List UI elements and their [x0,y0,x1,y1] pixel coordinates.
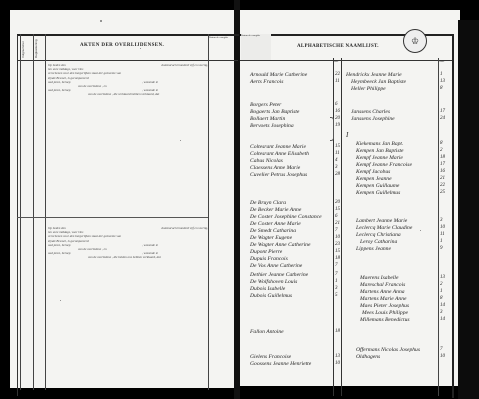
index-entry: Goossens Jeanne Henriette [250,361,311,367]
index-number: 6 [335,102,338,108]
index-entry: Lippens Jeanne [356,246,391,252]
index-entry: Kempf Jeanne Marie [356,155,403,161]
index-number: 10 [335,235,340,241]
index-entry: Fallon Antoine [250,329,284,335]
right-col-rule [438,58,439,396]
index-entry: Coltesrant Jeanne Marie [250,144,306,150]
scan-speck [100,20,102,22]
index-entry: Dethier Jeanne Catherine [250,272,308,278]
index-entry: Cabus Nicolas [250,158,283,164]
index-entry: Bervoets Josephina [250,123,294,129]
index-number: 8 [440,296,443,302]
index-entry: Oldhagens [356,354,380,360]
index-number: 10 [440,225,445,231]
index-entry: Dubois Guillelmus [250,293,292,299]
index-number: 16 [440,169,445,175]
index-number: 19 [335,123,340,129]
index-number: 22 [440,183,445,189]
index-number: 7 [335,263,338,269]
index-entry: Millemans Benedictus [360,317,410,323]
index-entry: De Wagter Eugene [250,235,292,241]
index-number: 1 [335,279,338,285]
index-number: 15 [335,207,340,213]
document-scan: Volgnummer Dagteekening AKTEN DER OVERLI… [0,0,479,399]
right-page-title: ALPHABETISCHE NAAMLIJST. [297,44,379,49]
index-entry: Borgers Peter [250,102,281,108]
record-separator [17,217,208,218]
index-entry: Leclercq Marie Claudine [356,225,412,231]
index-entry: Kempen Guillaume [356,183,399,189]
index-number: 2 [440,282,443,288]
left-col-rule [45,34,46,390]
right-col-rule [341,58,342,396]
scan-speck [60,300,61,301]
index-entry: De Becker Marie Anne [250,207,301,213]
index-entry: Mareschal Francois [360,282,405,288]
index-entry: Aerts Francois [250,79,283,85]
index-number: 3 [440,310,443,316]
index-entry: De Bruyn Clara [250,200,286,206]
index-entry: Leroy Catharina [360,239,397,245]
left-page-title: AKTEN DER OVERLIJDENSEN. [80,43,190,48]
index-number: 5 [335,293,338,299]
death-record-form-2: Op heden denduizend acht honderd vijf en… [48,226,208,260]
index-entry: Kempf Jacobus [356,169,390,175]
right-col-rule [333,58,334,396]
index-number: 20 [335,200,340,206]
index-number: 24 [440,116,445,122]
index-number: 10 [335,361,340,367]
letter-mark: I [346,131,348,139]
index-entry: Heymbeeck Jan Baptiste [351,79,406,85]
index-entry: De Wolfshoven Louis [250,279,297,285]
crown-seal-icon: ♔ [403,29,427,53]
index-number: 16 [335,109,340,115]
index-number: 3 [335,286,338,292]
index-entry: Kempen Guillelmus [356,190,400,196]
index-number: 4 [335,158,338,164]
index-number: 15 [335,144,340,150]
index-entry: De Coster Josephine Constance [250,214,322,220]
index-entry: Heller Philippe [351,86,386,92]
index-entry: Kempen Jeanne [356,176,392,182]
index-entry: Mees Louis Philippe [362,310,408,316]
index-number: 11 [335,151,340,157]
index-number: 21 [335,221,340,227]
form-line: van de overledene , die verklaard hebben… [88,92,159,96]
index-number: 25 [440,190,445,196]
index-entry: Arnould Marie Catherine [250,72,307,78]
index-number: 18 [335,329,340,335]
index-entry: Martens Marie Anne [360,296,407,302]
index-entry: Bogaerts Jan Baptiste [250,109,299,115]
index-entry: Kempf Jeanne Francoise [356,162,412,168]
index-number: 1 [440,72,443,78]
index-number: 7 [335,228,338,234]
index-entry: Kempen Jan Baptiste [356,148,404,154]
index-entry: Offermans Nicolas Josephus [356,347,420,353]
left-col-rule [33,34,34,390]
scan-speck [180,140,181,141]
index-entry: Leclercq Christiana [356,232,401,238]
index-number: 8 [440,86,443,92]
index-number: 18 [440,155,445,161]
index-entry: Claessens Anne Marie [250,165,300,171]
column-header-number: Volgnummer [22,38,32,58]
index-entry: Dupuis Francois [250,256,288,262]
index-entry: De Smedt Catharina [250,228,296,234]
index-entry: Lambert Jeanne Marie [356,218,407,224]
number-header: Num. [439,60,445,63]
left-col-rule [208,34,209,390]
index-entry: De Wagter Anne Catherine [250,242,310,248]
left-header-rule [17,60,238,61]
index-number: 14 [440,317,445,323]
column-header-date: Dagteekening [35,38,45,58]
index-number: 7 [440,347,443,353]
index-number: 11 [335,79,340,85]
right-header-rule [240,60,452,61]
index-entry: Dupont Pierre [250,249,282,255]
bracket-mark [330,117,334,141]
number-header: Num. [333,60,339,63]
index-number: 7 [335,272,338,278]
scan-speck [140,48,141,49]
index-number: 11 [440,232,445,238]
scan-speck [420,230,421,231]
index-number: 15 [335,249,340,255]
index-number: 3 [335,165,338,171]
index-number: 22 [335,72,340,78]
index-entry: De Coster Anne Marie [250,221,301,227]
index-entry: Gielens Francoise [250,354,291,360]
index-number: 8 [440,141,443,147]
index-number: 20 [335,116,340,122]
index-number: 2 [440,148,443,154]
scan-edge [458,20,479,399]
index-entry: Martens Anne Anna [360,289,405,295]
index-number: 13 [440,79,445,85]
index-entry: Cuvelier Petrus Josephus [250,172,307,178]
index-number: 10 [440,354,445,360]
left-col-rule [20,34,21,390]
index-number: 17 [440,162,445,168]
index-entry: Maes Pieter Josephus [360,303,409,309]
index-number: 1 [440,239,443,245]
index-number: 21 [440,176,445,182]
index-entry: Janssens Josephine [351,116,395,122]
index-number: 23 [335,242,340,248]
index-entry: Janssens Charles [351,109,390,115]
index-number: 13 [335,354,340,360]
index-number: 13 [440,275,445,281]
index-entry: De Vos Anne Catherine [250,263,302,269]
index-entry: Maerens Isabelle [360,275,398,281]
form-line: van de overledene , die beiden ons hebbe… [88,255,161,259]
index-number: 18 [335,256,340,262]
index-entry: Dubois Isabelle [250,286,285,292]
index-entry: Bollaert Martin [250,116,285,122]
index-entry: Coltesrant Anne Elisabeth [250,151,309,157]
index-entry: Kiekemans Jan Bapt. [356,141,403,147]
right-side-column-header: Datum der aangifte [241,34,271,60]
index-number: 17 [440,109,445,115]
index-entry: Hendrickx Jeanne Marie [346,72,402,78]
index-number: 14 [440,303,445,309]
death-record-form-1: Op heden denduizend acht honderd vijf en… [48,63,208,97]
index-number: 6 [335,214,338,220]
index-number: 1 [440,289,443,295]
side-column-header: Datum der aangifte [209,36,235,56]
index-number: 28 [335,172,340,178]
index-number: 3 [440,218,443,224]
index-number: 9 [440,246,443,252]
